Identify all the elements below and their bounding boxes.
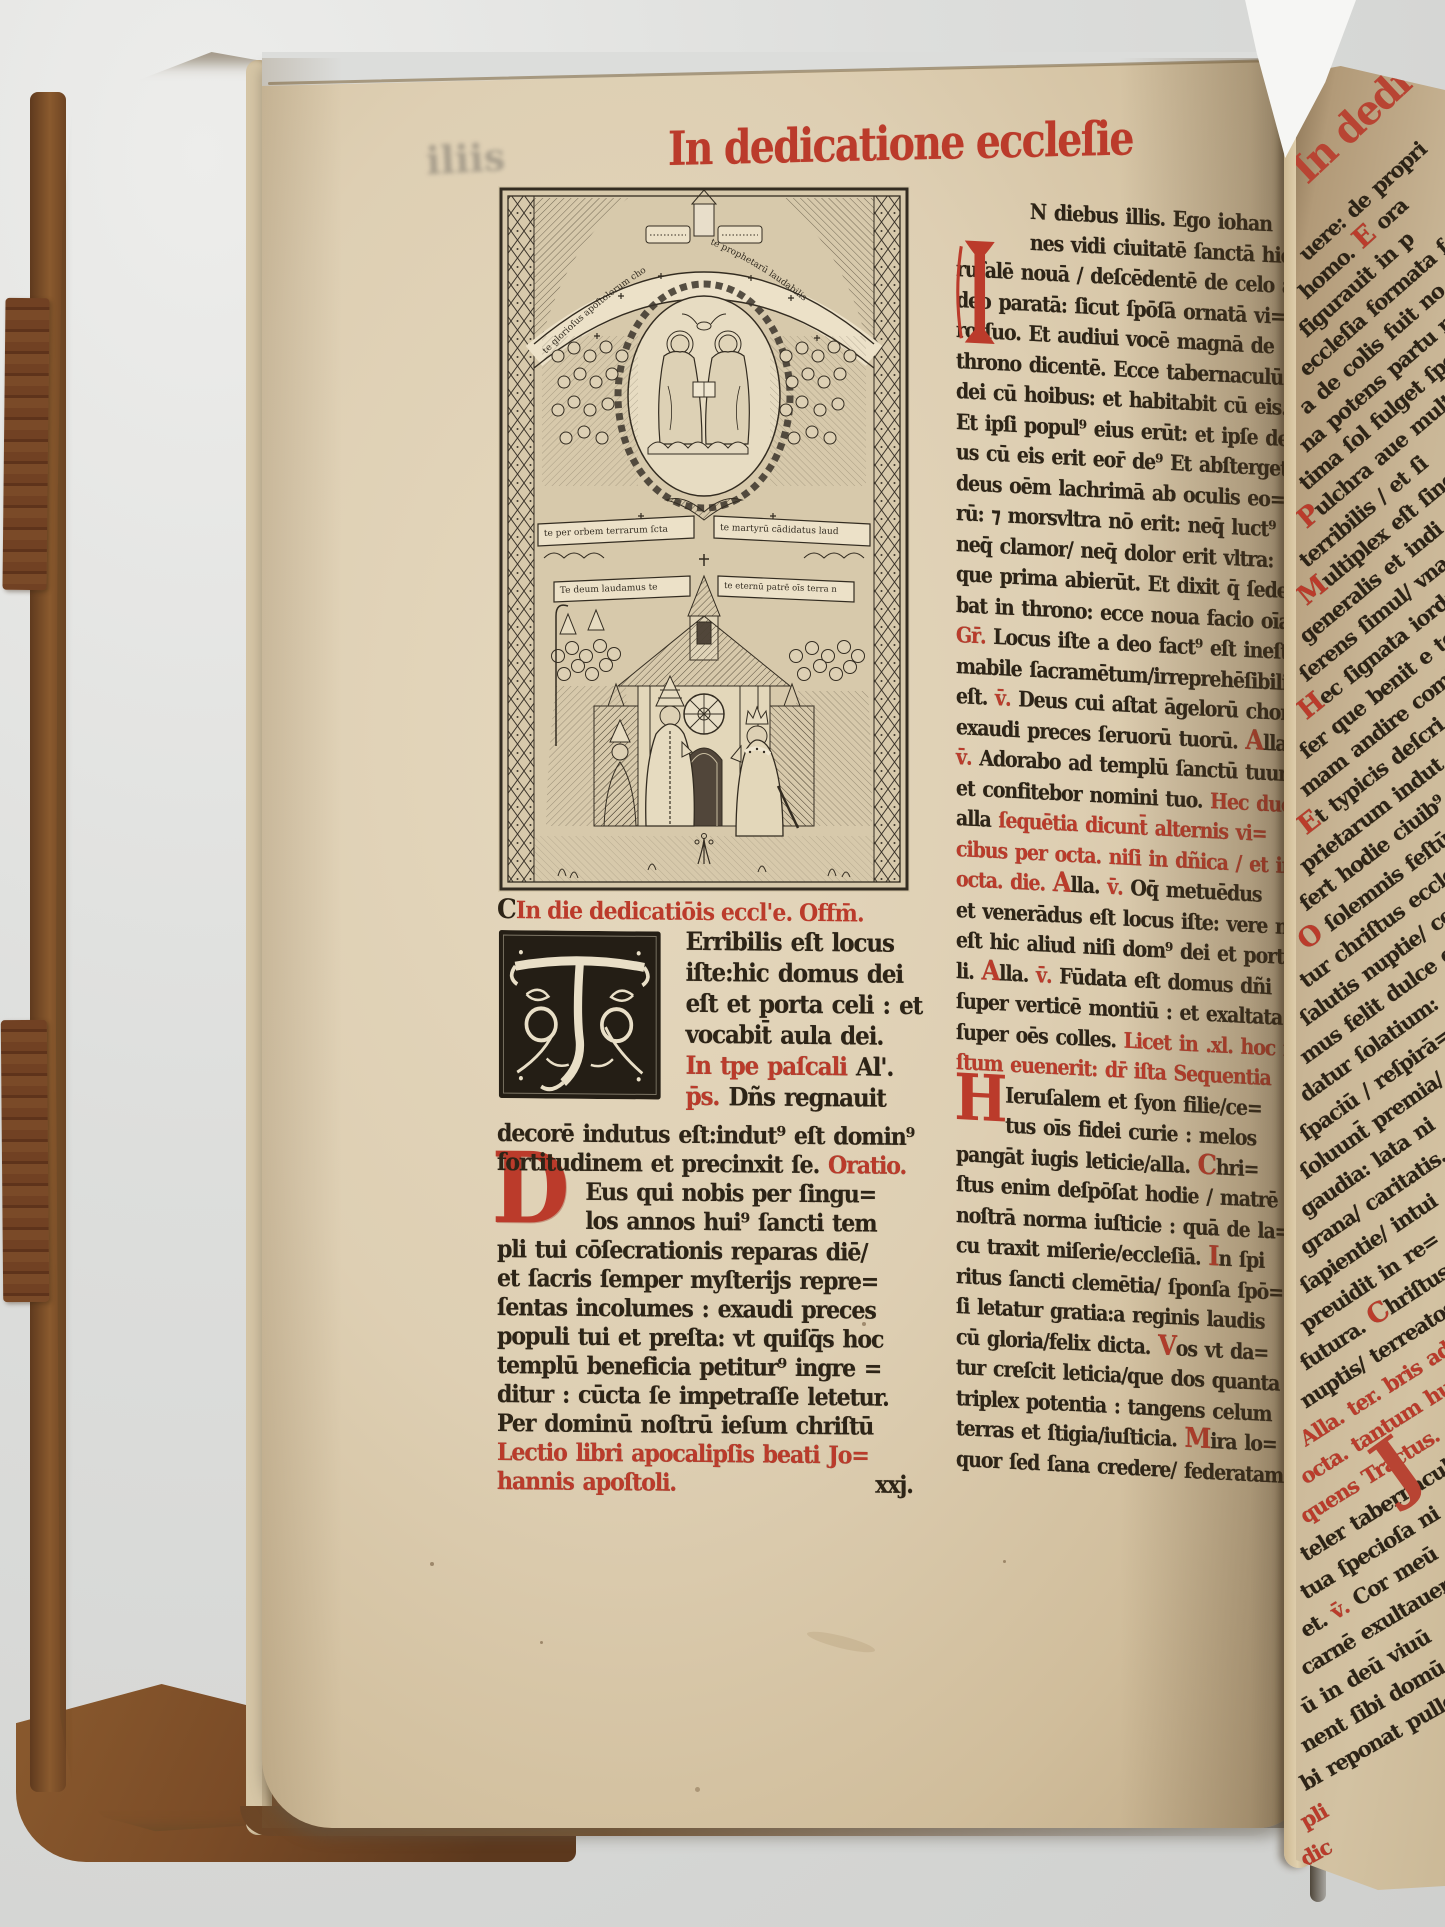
text-segment: M (1184, 1422, 1210, 1455)
text-segment: A (1245, 723, 1263, 756)
text-segment: eſt. (956, 684, 995, 711)
intro-line: iſte:hic domus dei (686, 957, 912, 990)
rubric-line: CIn die dedicatiōis eccl'e. Offm̄. (497, 894, 864, 928)
body-line: fortitudinem et precinxit ſe. Oratio. (497, 1147, 913, 1180)
text-segment: ira lo= (1210, 1429, 1276, 1457)
text-segment: eſt et porta celi : et (686, 989, 923, 1020)
text-segment: A (1053, 866, 1071, 899)
text-segment: decorē indutus eſt:indut⁹ eſt domin⁹ (497, 1118, 914, 1151)
foxing-speck (1003, 1560, 1006, 1563)
text-segment: populi tui et preſta: vt quiſq̄s hoc (497, 1321, 883, 1354)
intro-line: eſt et porta celi : et (686, 988, 912, 1021)
body-line: Lectio libri apocalipſis beati Jo= (497, 1437, 913, 1470)
text-segment: Dñs regnauit (729, 1082, 886, 1112)
intro-paragraph: Erribilis eſt locusiſte:hic domus deieſt… (686, 926, 912, 1114)
text-segment: Gr̄. (956, 623, 993, 650)
intro-line: In tpe paſcali Al'. (686, 1050, 912, 1083)
ink-offset-ghost: iliis (425, 134, 506, 183)
text-segment: In tpe paſcali (686, 1051, 856, 1082)
text-segment: Eus qui nobis per ſingu= (585, 1177, 876, 1209)
body-line: pli tui cōſecrationis reparas diē/ (497, 1234, 913, 1267)
text-segment: Al'. (856, 1052, 893, 1081)
drop-cap-I (952, 234, 1003, 353)
text-segment: I (1208, 1240, 1218, 1273)
text-segment: lla. (999, 961, 1036, 988)
photo-of-open-incunable-missal: iliis In dedicatione eccleſie (0, 0, 1445, 1927)
lattice-border-right (874, 196, 900, 882)
text-segment: alla (956, 806, 998, 833)
body-line: los annos hui⁹ ſancti tem (497, 1205, 913, 1238)
body-line: et ſacris ſemper myſterijs repre= (497, 1263, 913, 1296)
ornamental-initial-T (499, 930, 661, 1100)
text-segment: Oratio. (828, 1150, 906, 1180)
lattice-border-left (508, 196, 534, 882)
text-segment: et ſacris ſemper myſterijs repre= (497, 1263, 878, 1296)
text-segment: fortitudinem et precinxit ſe. (497, 1147, 828, 1179)
text-segment: Hec duo (1210, 789, 1292, 818)
left-text-column: CIn die dedicatiōis eccl'e. Offm̄. Err (497, 894, 913, 1518)
text-segment: pli (1296, 1799, 1331, 1834)
body-line: ditur : cūcta ſe impetraſſe letetur. (497, 1379, 913, 1412)
rubric-text: In die dedicatiōis eccl'e. Offm̄. (516, 895, 864, 927)
text-segment: ditur : cūcta ſe impetraſſe letetur. (497, 1379, 889, 1412)
text-segment: C (1198, 1148, 1216, 1181)
text-segment: Oq̄ metuēdus (1130, 876, 1261, 908)
body-line: templū beneficia petitur⁹ ingre = (497, 1350, 913, 1383)
text-segment: ſuper oēs colles. (956, 1020, 1124, 1054)
text-segment: n ſpi (1218, 1247, 1264, 1274)
paragraph-mark: C (497, 894, 516, 925)
text-segment: vocabit̄ aula dei. (686, 1020, 884, 1051)
text-segment: li. (956, 959, 982, 985)
text-segment: v̄. (1107, 875, 1130, 901)
text-segment: xxj. (875, 1470, 913, 1499)
text-segment: p̄s. (686, 1082, 729, 1111)
left-column-body: decorē indutus eſt:indut⁹ eſt domin⁹fort… (497, 1118, 913, 1499)
text-segment: v̄. (995, 686, 1018, 712)
text-segment: octa. die. (956, 867, 1053, 897)
text-segment: iſte:hic domus dei (686, 958, 903, 989)
text-segment: Lectio libri apocalipſis beati Jo= (497, 1437, 869, 1470)
crowd-of-saints-left (542, 336, 638, 486)
text-segment: hri= (1216, 1155, 1259, 1182)
body-line: Per dominū noſtrū ieſum chriſtū (497, 1408, 913, 1441)
text-segment: hannis apoſtoli. (497, 1466, 676, 1497)
text-segment: Per dominū noſtrū ieſum chriſtū (497, 1408, 873, 1441)
body-line: Eus qui nobis per ſingu= (497, 1176, 913, 1209)
page-title-rubric: In dedicatione eccleſie (668, 112, 1105, 177)
body-line: hannis apoſtoli.xxj. (497, 1466, 913, 1499)
clasp-strap-top (2, 298, 49, 590)
body-line: ſentas incolumes : exaudi preces (497, 1292, 913, 1325)
text-segment: Erribilis eſt locus (686, 927, 894, 958)
foxing-speck (540, 1641, 543, 1644)
drop-cap-H: H (954, 1066, 1007, 1133)
foxing-speck (695, 1787, 700, 1792)
clasp-strap-bottom (1, 1020, 49, 1302)
text-segment: ſentas incolumes : exaudi preces (497, 1292, 876, 1325)
text-segment: lla. (1070, 873, 1107, 900)
text-segment: templū beneficia petitur⁹ ingre = (497, 1350, 881, 1383)
right-page-line: pli (1296, 1799, 1332, 1835)
text-segment: os vt da= (1176, 1336, 1268, 1366)
text-segment: v̄. (1036, 963, 1059, 989)
intro-line: Erribilis eſt locus (686, 926, 912, 959)
text-segment: pli tui cōſecrationis reparas diē/ (497, 1234, 867, 1267)
foxing-speck (430, 1562, 434, 1566)
crowd-of-saints-right (770, 336, 866, 486)
text-segment: los annos hui⁹ ſancti tem (585, 1206, 876, 1238)
body-line: decorē indutus eſt:indut⁹ eſt domin⁹ (497, 1118, 913, 1151)
page-block-fore-edge (56, 52, 272, 1842)
text-segment: A (982, 954, 1000, 987)
woodcut-illustration: te glorioſus apoſtolorum cho te propheta… (498, 186, 910, 892)
text-segment: V (1158, 1329, 1176, 1362)
body-line: populi tui et preſta: vt quiſq̄s hoc (497, 1321, 913, 1354)
intro-line: p̄s. Dñs regnauit (686, 1081, 912, 1114)
right-text-column: H N diebus illis. Ego iohannes vidi ciui… (956, 194, 1273, 1510)
text-segment: v̄. (956, 745, 979, 771)
right-page-partial: In dedica uere: de proprihomo. E orafigu… (1296, 60, 1445, 1890)
intro-line: vocabit̄ aula dei. (686, 1019, 912, 1052)
right-column-lines: N diebus illis. Ego iohannes vidi ciuita… (956, 194, 1273, 1491)
